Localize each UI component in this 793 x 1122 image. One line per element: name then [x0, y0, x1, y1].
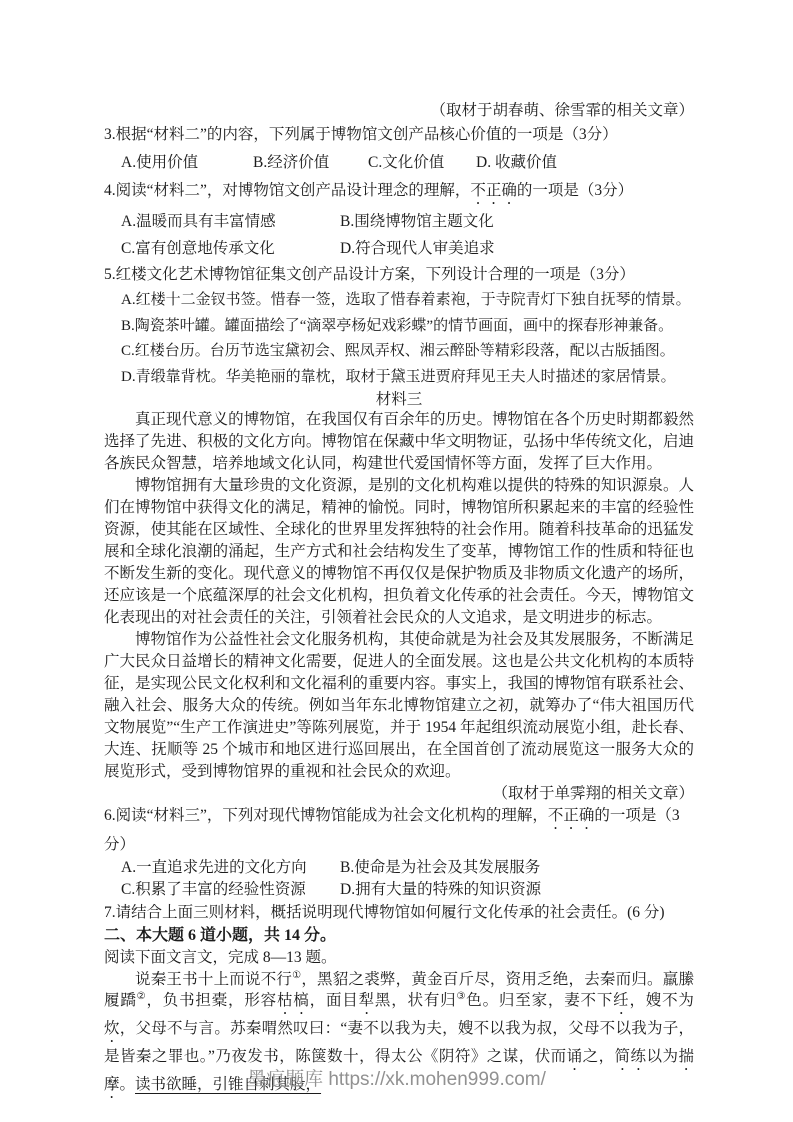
question-6-options-row-1: A.一直追求先进的文化方向B.使命是为社会及其发展服务 [104, 857, 694, 879]
question-6-options-row-2: C.积累了丰富的经验性资源D.拥有大量的特殊的知识资源 [104, 879, 694, 901]
question-6-option-a: A.一直追求先进的文化方向 [121, 857, 340, 879]
section-2-intro: 阅读下面文言文，完成 8—13 题。 [104, 947, 694, 969]
question-5-option-c: C.红楼台历。台历节选宝黛初会、熙凤弄权、湘云醉卧等精彩段落，配以古版插图。 [104, 339, 694, 365]
question-3: 3.根据“材料二”的内容，下列属于博物馆文创产品核心价值的一项是（3分） A.使… [104, 121, 694, 177]
question-3-option-c: C.文化价值 [368, 149, 476, 177]
attribution-material2: （取材于胡春萌、徐雪霏的相关文章） [104, 101, 694, 121]
attribution-material3: （取材于单霁翔的相关文章） [104, 783, 694, 804]
question-3-option-a: A.使用价值 [121, 149, 253, 177]
material3-paragraph-2: 博物馆拥有大量珍贵的文化资源，是别的文化机构难以提供的特殊的知识源泉。人们在博物… [104, 475, 694, 629]
question-5-option-a: A.红楼十二金钗书签。惜春一签，选取了惜春着素袍，于寺院青灯下独自抚琴的情景。 [104, 288, 694, 314]
material3-paragraph-1: 真正现代意义的博物馆，在我国仅有百余年的历史。博物馆在各个历史时期都毅然选择了先… [104, 409, 694, 475]
material3-title: 材料三 [104, 390, 694, 409]
question-3-option-b: B.经济价值 [253, 149, 368, 177]
question-4-option-c: C.富有创意地传承文化 [121, 236, 340, 262]
question-4-options-row-2: C.富有创意地传承文化D.符合现代人审美追求 [104, 236, 694, 262]
question-6-option-c: C.积累了丰富的经验性资源 [121, 879, 340, 901]
exam-page: （取材于胡春萌、徐雪霏的相关文章） 3.根据“材料二”的内容，下列属于博物馆文创… [0, 0, 793, 1122]
question-5: 5.红楼文化艺术博物馆征集文创产品设计方案，下列设计合理的一项是（3分） A.红… [104, 262, 694, 390]
question-3-option-d: D. 收藏价值 [476, 154, 557, 171]
question-6-option-b: B.使命是为社会及其发展服务 [340, 859, 540, 876]
question-4: 4.阅读“材料二”，对博物馆文创产品设计理念的理解，不正确的一项是（3分） A.… [104, 177, 694, 262]
question-5-stem: 5.红楼文化艺术博物馆征集文创产品设计方案，下列设计合理的一项是（3分） [104, 262, 694, 288]
question-6: 6.阅读“材料三”，下列对现代博物馆能成为社会文化机构的理解，不正确的一项是（3… [104, 804, 694, 901]
material3-paragraph-3: 博物馆作为公益性社会文化服务机构，其使命就是为社会及其发展服务，不断满足广大民众… [104, 629, 694, 783]
question-3-options: A.使用价值B.经济价值C.文化价值D. 收藏价值 [104, 149, 694, 177]
question-4-stem: 4.阅读“材料二”，对博物馆文创产品设计理念的理解，不正确的一项是（3分） [104, 177, 694, 208]
section-2-header: 二、本大题 6 道小题，共 14 分。 [104, 924, 694, 947]
question-5-option-b: B.陶瓷茶叶罐。罐面描绘了“滴翠亭杨妃戏彩蝶”的情节画面，画中的探春形神兼备。 [104, 314, 694, 340]
question-7-stem: 7.请结合上面三则材料，概括说明现代博物馆如何履行文化传承的社会责任。(6 分) [104, 901, 694, 924]
exam-content: （取材于胡春萌、徐雪霏的相关文章） 3.根据“材料二”的内容，下列属于博物馆文创… [104, 0, 694, 1102]
question-4-options-row-1: A.温暖而具有丰富情感B.围绕博物馆主题文化 [104, 208, 694, 236]
question-5-option-d: D.青缎靠背枕。华美艳丽的靠枕，取材于黛玉进贾府拜见王夫人时描述的家居情景。 [104, 365, 694, 391]
footer-link[interactable]: 墨痕题库 https://xk.mohen999.com/ [247, 1069, 546, 1090]
question-4-option-d: D.符合现代人审美追求 [340, 240, 495, 257]
question-4-option-b: B.围绕博物馆主题文化 [340, 213, 494, 230]
footer: 墨痕题库 https://xk.mohen999.com/ [0, 1064, 793, 1091]
question-6-stem: 6.阅读“材料三”，下列对现代博物馆能成为社会文化机构的理解，不正确的一项是（3… [104, 804, 694, 857]
question-6-option-d: D.拥有大量的特殊的知识资源 [340, 881, 541, 898]
question-4-option-a: A.温暖而具有丰富情感 [121, 208, 340, 236]
question-3-stem: 3.根据“材料二”的内容，下列属于博物馆文创产品核心价值的一项是（3分） [104, 121, 694, 149]
